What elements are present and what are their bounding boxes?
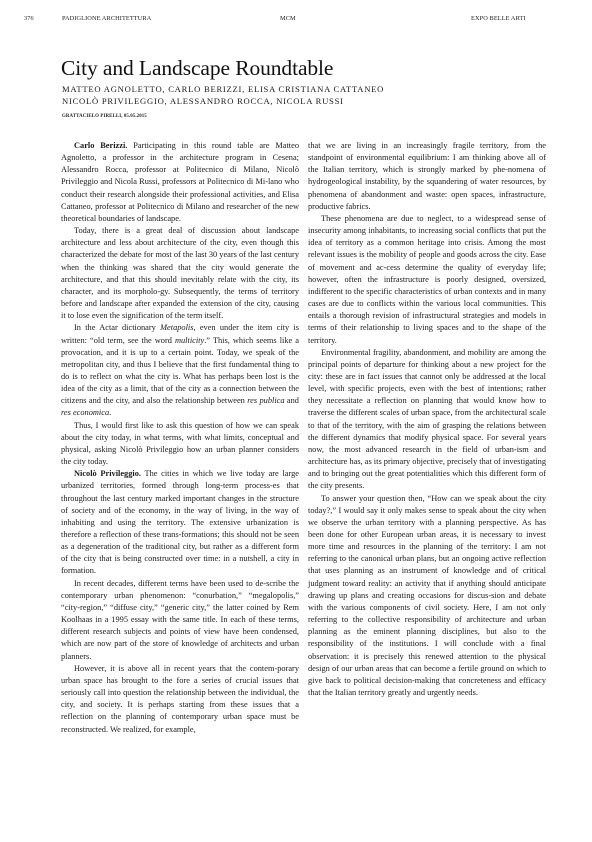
paragraph: To answer your question then, “How can w… [308,493,546,700]
speaker-name: Carlo Berizzi. [74,141,127,150]
running-head-right: EXPO BELLE ARTI [471,15,526,22]
paragraph: Environmental fragility, abandonment, an… [308,347,546,493]
section-name: PADIGLIONE ARCHITETTURA [62,15,151,22]
paragraph: These phenomena are due to neglect, to a… [308,213,546,347]
paragraph: However, it is above all in recent years… [61,663,299,736]
venue-date: GRATTACIELO PIRELLI, 05.05.2015 [62,114,147,119]
page-number: 376 [24,15,34,22]
speaker-name: Nicolò Privileggio. [74,469,141,478]
paragraph: In the Actar dictionary Metapolis, even … [61,322,299,419]
paragraph: Carlo Berizzi. Participating in this rou… [61,140,299,225]
paragraph: Thus, I would first like to ask this que… [61,420,299,469]
paragraph: Nicolò Privileggio. The cities in which … [61,468,299,577]
right-column: that we are living in an increasingly fr… [308,140,546,699]
paragraph: that we are living in an increasingly fr… [308,140,546,213]
paragraph: Today, there is a great deal of discussi… [61,225,299,322]
left-column: Carlo Berizzi. Participating in this rou… [61,140,299,736]
running-head-center: MCM [280,15,296,22]
authors: MATTEO AGNOLETTO, CARLO BERIZZI, ELISA C… [62,84,384,108]
authors-line-2: NICOLÒ PRIVILEGGIO, ALESSANDRO ROCCA, NI… [62,96,384,108]
authors-line-1: MATTEO AGNOLETTO, CARLO BERIZZI, ELISA C… [62,84,384,96]
running-head: 376 PADIGLIONE ARCHITETTURA MCM EXPO BEL… [0,15,592,27]
article-title: City and Landscape Roundtable [61,56,333,81]
paragraph: In recent decades, different terms have … [61,578,299,663]
